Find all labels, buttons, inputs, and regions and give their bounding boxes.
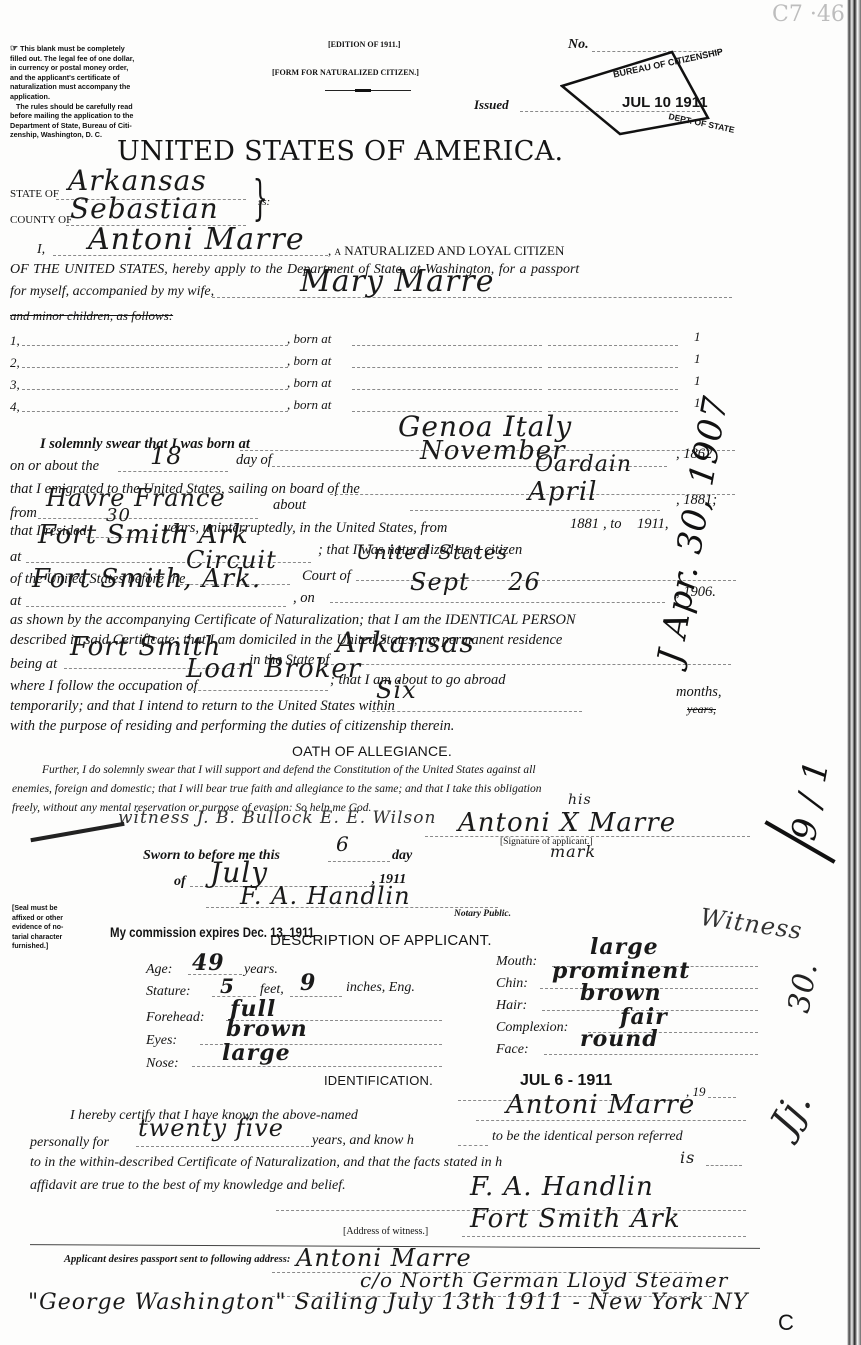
nose-value[interactable]: large bbox=[222, 1040, 291, 1066]
i-label: I, bbox=[37, 242, 45, 258]
eyes-label: Eyes: bbox=[146, 1033, 177, 1049]
child-year: 1 bbox=[694, 329, 701, 345]
complexion-label: Complexion: bbox=[496, 1020, 568, 1036]
oath-title: OATH OF ALLEGIANCE. bbox=[292, 743, 452, 759]
years-label: years, bbox=[687, 702, 716, 717]
eyes-value[interactable]: brown bbox=[226, 1016, 308, 1042]
mailing-label: Applicant desires passport sent to follo… bbox=[64, 1254, 290, 1265]
birth-day[interactable]: 18 bbox=[150, 442, 183, 470]
sworn-day-line bbox=[328, 861, 390, 862]
court-at-label: at bbox=[10, 593, 21, 610]
his-handwritten: is bbox=[680, 1148, 695, 1167]
sworn-day[interactable]: 6 bbox=[336, 832, 350, 856]
ss-label: ss: bbox=[258, 196, 270, 208]
naturalization-date-line bbox=[330, 602, 665, 603]
of-label: of bbox=[174, 874, 186, 890]
court-of-label: Court of bbox=[302, 568, 351, 585]
child-name-field[interactable] bbox=[22, 367, 288, 368]
inches-label: inches, Eng. bbox=[346, 980, 415, 996]
citizen-text: , a NATURALIZED AND LOYAL CITIZEN bbox=[328, 243, 564, 259]
state-label: STATE OF bbox=[10, 188, 59, 200]
known-name[interactable]: Antoni Marre bbox=[506, 1090, 695, 1120]
ship-value[interactable]: Oardain bbox=[535, 452, 632, 477]
identification-date-stamp: JUL 6 - 1911 bbox=[520, 1072, 612, 1090]
form-type-label: [FORM FOR NATURALIZED CITIZEN.] bbox=[272, 68, 419, 77]
being-at-label: being at bbox=[10, 656, 57, 673]
on-label: , on bbox=[293, 590, 315, 607]
binding-edge bbox=[847, 0, 861, 1345]
to-label: , to bbox=[603, 516, 622, 533]
purpose-line: with the purpose of residing and perform… bbox=[10, 718, 454, 735]
notary-label: Notary Public. bbox=[454, 909, 511, 919]
pen-stroke bbox=[30, 822, 124, 842]
born-at-label: , born at bbox=[287, 353, 331, 369]
chin-label: Chin: bbox=[496, 976, 528, 992]
at-label: at bbox=[10, 549, 21, 566]
his-mark-top: his bbox=[568, 792, 592, 808]
residence-state-line bbox=[326, 664, 731, 665]
emigration-month-line bbox=[410, 510, 660, 511]
born-at-statement: I solemnly swear that I was born at bbox=[40, 436, 250, 453]
child-date-field[interactable] bbox=[548, 389, 678, 390]
occupation-label: where I follow the occupation of bbox=[10, 678, 198, 695]
to-year: 1911, bbox=[637, 516, 669, 533]
form-divider-mark bbox=[355, 89, 371, 92]
applicant-signature[interactable]: Antoni X Marre bbox=[458, 808, 676, 838]
wife-label: for myself, accompanied by my wife, bbox=[10, 284, 214, 300]
issued-label: Issued bbox=[474, 97, 509, 113]
hair-label: Hair: bbox=[496, 998, 527, 1014]
face-label: Face: bbox=[496, 1042, 529, 1058]
notary-signature[interactable]: F. A. Handlin bbox=[240, 882, 411, 910]
stature-label: Stature: bbox=[146, 984, 191, 1000]
identical-label: to be the identical person referred bbox=[492, 1129, 683, 1145]
child-birthplace-field[interactable] bbox=[352, 389, 542, 390]
identification-year-line bbox=[708, 1097, 736, 1098]
departure-port[interactable]: Havre France bbox=[46, 484, 226, 512]
about-label: about bbox=[273, 497, 306, 514]
witness-signature[interactable]: F. A. Handlin bbox=[470, 1172, 654, 1202]
day-label: day bbox=[392, 848, 412, 864]
hair-value[interactable]: brown bbox=[580, 980, 662, 1006]
born-at-label: , born at bbox=[287, 397, 331, 413]
court-location-line bbox=[26, 606, 286, 607]
document-title: UNITED STATES OF AMERICA. bbox=[117, 136, 563, 167]
seal-note: [Seal must be affixed or other evidence … bbox=[12, 904, 63, 952]
day-of-label: day of bbox=[236, 452, 272, 469]
born-at-label: , born at bbox=[287, 331, 331, 347]
mouth-value[interactable]: large bbox=[590, 934, 659, 960]
return-period[interactable]: Six bbox=[376, 676, 417, 704]
witness-address[interactable]: Fort Smith Ark bbox=[470, 1204, 681, 1234]
return-label: temporarily; and that I intend to return… bbox=[10, 698, 395, 715]
age-suffix: years. bbox=[244, 962, 278, 978]
nose-label: Nose: bbox=[146, 1056, 179, 1072]
notary-line bbox=[206, 907, 498, 908]
margin-initials: Jj. bbox=[761, 1083, 820, 1141]
child-number: 4, bbox=[10, 399, 20, 415]
affidavit-line: affidavit are true to the best of my kno… bbox=[30, 1178, 346, 1194]
pronoun-line bbox=[458, 1145, 488, 1146]
face-value[interactable]: round bbox=[580, 1026, 659, 1052]
from-year: 1881 bbox=[570, 516, 599, 533]
identification-title: IDENTIFICATION. bbox=[324, 1073, 433, 1088]
applicant-name[interactable]: Antoni Marre bbox=[88, 222, 305, 257]
forehead-label: Forehead: bbox=[146, 1010, 205, 1026]
age-value[interactable]: 49 bbox=[192, 950, 225, 976]
pronoun-line-2 bbox=[706, 1165, 742, 1166]
margin-vertical-ref: 9 / 1 bbox=[784, 756, 838, 843]
address-label: [Address of witness.] bbox=[343, 1226, 428, 1237]
oath-line: enemies, foreign and domestic; that I wi… bbox=[12, 783, 541, 795]
birth-day-line bbox=[118, 471, 228, 472]
court-of-value[interactable]: United States bbox=[356, 540, 508, 564]
on-about-label: on or about the bbox=[10, 458, 99, 475]
years-known[interactable]: twenty five bbox=[138, 1114, 284, 1142]
pointing-hand-icon: ☞ bbox=[10, 44, 18, 54]
instructions-block: ☞ This blank must be completely filled o… bbox=[10, 44, 180, 140]
return-period-line bbox=[372, 711, 582, 712]
mouth-label: Mouth: bbox=[496, 954, 537, 970]
child-number: 1, bbox=[10, 333, 20, 349]
witness-annotation: witness J. B. Bullock E. E. Wilson bbox=[118, 808, 436, 828]
oath-line: Further, I do solemnly swear that I will… bbox=[42, 764, 536, 776]
court-location[interactable]: Fort Smith, Ark. bbox=[32, 564, 261, 594]
age-label: Age: bbox=[146, 962, 172, 978]
description-title: DESCRIPTION OF APPLICANT. bbox=[270, 932, 492, 949]
archive-number: C7 ·46 bbox=[772, 2, 845, 27]
nose-line bbox=[192, 1066, 442, 1067]
county-value[interactable]: Sebastian bbox=[70, 192, 219, 225]
child-number: 2, bbox=[10, 355, 20, 371]
address-line bbox=[462, 1236, 746, 1237]
stature-inches-line bbox=[290, 996, 342, 997]
margin-ref-number: 30. bbox=[782, 959, 825, 1015]
child-date-field[interactable] bbox=[548, 345, 678, 346]
margin-witness-note: Witness bbox=[699, 903, 805, 945]
born-at-label: , born at bbox=[287, 375, 331, 391]
emigration-month[interactable]: April bbox=[528, 477, 597, 507]
child-year: 1 bbox=[694, 351, 701, 367]
passport-application-page: C7 ·46 ☞ This blank must be completely f… bbox=[0, 0, 861, 1345]
years-known-label: years, and know h bbox=[312, 1133, 414, 1149]
mailing-line-3[interactable]: "George Washington" Sailing July 13th 19… bbox=[28, 1290, 748, 1315]
county-label: COUNTY OF bbox=[10, 214, 72, 226]
child-number: 3, bbox=[10, 377, 20, 393]
child-name-field[interactable] bbox=[22, 345, 288, 346]
personally-label: personally for bbox=[30, 1135, 109, 1151]
certificate-line: as shown by the accompanying Certificate… bbox=[10, 612, 576, 629]
from-label: from bbox=[10, 505, 37, 522]
months-label: months, bbox=[676, 684, 722, 701]
stature-feet[interactable]: 5 bbox=[220, 974, 235, 998]
child-name-field[interactable] bbox=[22, 411, 288, 412]
known-name-line bbox=[476, 1120, 746, 1121]
child-date-field[interactable] bbox=[548, 367, 678, 368]
stature-inches[interactable]: 9 bbox=[300, 970, 316, 996]
child-birthplace-field[interactable] bbox=[352, 345, 542, 346]
corner-mark: C bbox=[778, 1310, 794, 1336]
children-label: and minor children, as follows: bbox=[10, 308, 173, 324]
child-name-field[interactable] bbox=[22, 389, 288, 390]
his-mark-bottom: mark bbox=[550, 842, 596, 861]
years-known-line bbox=[136, 1146, 314, 1147]
naturalization-date[interactable]: Sept 26 bbox=[410, 568, 541, 596]
mailing-line-2[interactable]: c/o North German Lloyd Steamer bbox=[360, 1268, 728, 1292]
face-line bbox=[544, 1054, 758, 1055]
occupation-line bbox=[188, 690, 328, 691]
departure-line bbox=[38, 518, 258, 519]
child-birthplace-field[interactable] bbox=[352, 367, 542, 368]
wife-name[interactable]: Mary Marre bbox=[300, 264, 494, 299]
within-line: to in the within-described Certificate o… bbox=[30, 1155, 502, 1171]
child-year: 1 bbox=[694, 373, 701, 389]
edition-label: [EDITION OF 1911.] bbox=[328, 40, 400, 49]
stamp-date: JUL 10 1911 bbox=[622, 94, 708, 111]
abroad-label: ; that I am about to go abroad bbox=[330, 672, 505, 689]
